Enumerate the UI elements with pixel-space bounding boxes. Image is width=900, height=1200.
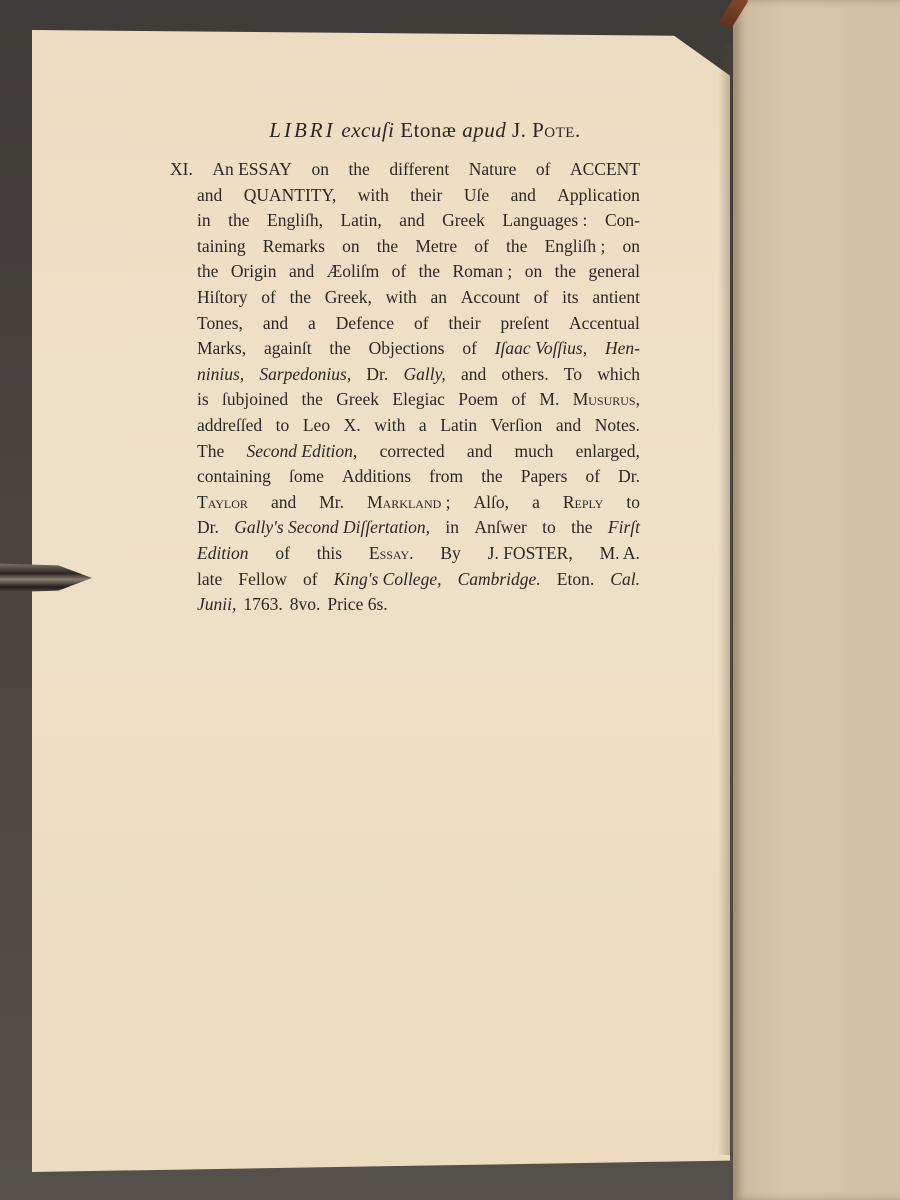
word: others. [501, 362, 548, 388]
word: Sarpedonius, [259, 362, 351, 388]
word: on [311, 157, 329, 183]
entry-line: Marks, againſt the Objections of Iſaac V… [197, 336, 640, 362]
word: a [419, 413, 427, 439]
entry-line: Dr. Gally's Second Diſſertation, in Anſw… [197, 515, 640, 541]
word: Gally, [403, 362, 445, 388]
entry-line: and QUANTITY, with their Uſe and Applica… [197, 183, 640, 209]
word: Musurus, [573, 387, 640, 413]
word: Defence [336, 311, 394, 337]
word: Cambridge. [458, 567, 541, 593]
word: Dr. [366, 362, 388, 388]
entry-line: Junii, 1763. 8vo. Price 6s. [197, 592, 640, 618]
word: Engliſh ; [545, 234, 606, 260]
word: Leo [303, 413, 330, 439]
heading-etonae: Etonæ [400, 118, 456, 142]
entry-line: XI. An ESSAY on the different Nature of … [170, 157, 640, 183]
word: Essay. [369, 541, 414, 567]
word: Markland ; [367, 490, 450, 516]
entry-line: addreſſed to Leo X. with a Latin Verſion… [197, 413, 640, 439]
word: and [197, 183, 222, 209]
entry-line: in the Engliſh, Latin, and Greek Languag… [197, 208, 640, 234]
word: Additions [342, 464, 411, 490]
word: Greek [336, 387, 379, 413]
entry-line: Taylor and Mr. Markland ; Alſo, a Reply … [197, 490, 640, 516]
word: of [536, 157, 551, 183]
page-gutter-shadow [718, 45, 732, 1155]
word: of [414, 311, 429, 337]
heading-libri: LIBRI [269, 118, 335, 142]
word: ſome [289, 464, 324, 490]
word: on [525, 259, 543, 285]
word: Accentual [569, 311, 640, 337]
word: King's College, [334, 567, 442, 593]
word: the [197, 259, 218, 285]
word: much [514, 439, 553, 465]
word: this [317, 541, 342, 567]
word: Hen- [605, 336, 640, 362]
word: Marks, [197, 336, 246, 362]
word: Greek [442, 208, 485, 234]
word: Application [557, 183, 640, 209]
word: To [564, 362, 582, 388]
word: of [462, 336, 477, 362]
word: Latin [440, 413, 477, 439]
word: of [303, 567, 318, 593]
word: M. [539, 387, 559, 413]
word: 1763. [243, 592, 282, 618]
word: with [374, 413, 405, 439]
word: of [392, 259, 407, 285]
word: and [289, 259, 314, 285]
word: the [555, 259, 576, 285]
word: Origin [231, 259, 277, 285]
word: a [532, 490, 540, 516]
word: Notes. [595, 413, 640, 439]
word: Æoliſm [327, 259, 380, 285]
word: its [562, 285, 579, 311]
word: taining [197, 234, 246, 260]
word: and [556, 413, 581, 439]
word: Mr. [319, 490, 344, 516]
word: the [377, 234, 398, 260]
word: antient [592, 285, 640, 311]
word: in [445, 515, 459, 541]
word: and [467, 439, 492, 465]
word: the [348, 157, 369, 183]
word: corrected [380, 439, 445, 465]
entry-number: XI. [170, 157, 193, 183]
word: of [275, 541, 290, 567]
word: of [261, 285, 276, 311]
word: the [506, 234, 527, 260]
word: with [358, 183, 389, 209]
entry-line: ninius, Sarpedonius, Dr. Gally, and othe… [197, 362, 640, 388]
word: Dr. [197, 515, 219, 541]
word: addreſſed [197, 413, 262, 439]
word: to [542, 515, 556, 541]
word: X. [344, 413, 361, 439]
word: from [429, 464, 463, 490]
word: the [571, 515, 592, 541]
word: Nature [469, 157, 517, 183]
word: Second Edition, [246, 439, 357, 465]
word: J. FOSTER, [488, 541, 573, 567]
word: which [597, 362, 640, 388]
word: QUANTITY, [244, 183, 337, 209]
word: Gally's Second Diſſertation, [234, 515, 430, 541]
word: M. A. [600, 541, 640, 567]
word: Engliſh, [267, 208, 323, 234]
word: Anſwer [474, 515, 526, 541]
word: Cal. [610, 567, 640, 593]
word: By [440, 541, 460, 567]
word: Languages : [502, 208, 587, 234]
word: containing [197, 464, 271, 490]
word: Hiſtory [197, 285, 248, 311]
advertisement-text: LIBRI excuſi Etonæ apud J. Pote. XI. An … [170, 118, 640, 618]
word: Eton. [557, 567, 594, 593]
word: general [588, 259, 640, 285]
word: their [410, 183, 442, 209]
word: Firſt [608, 515, 640, 541]
entry-line: Edition of this Essay. By J. FOSTER, M. … [197, 541, 640, 567]
word: ACCENT [570, 157, 640, 183]
entry-line: is ſubjoined the Greek Elegiac Poem of M… [197, 387, 640, 413]
entry-line: The Second Edition, corrected and much e… [197, 439, 640, 465]
heading-excusi: excuſi [341, 118, 394, 142]
word: of [474, 234, 489, 260]
word: Remarks [263, 234, 325, 260]
word: preſent [500, 311, 549, 337]
word: Con- [605, 208, 640, 234]
word: Objections [369, 336, 445, 362]
word: Taylor [197, 490, 248, 516]
word: of [511, 387, 526, 413]
word: and [399, 208, 424, 234]
word: 8vo. [290, 592, 321, 618]
word: Latin, [340, 208, 381, 234]
word: the [302, 387, 323, 413]
heading-apud: apud [462, 118, 506, 142]
word: Fellow [238, 567, 287, 593]
word: Iſaac Voſſius, [495, 336, 587, 362]
word: of [585, 464, 600, 490]
word: againſt [264, 336, 312, 362]
entry-xi: XI. An ESSAY on the different Nature of … [170, 157, 640, 618]
word: an [430, 285, 447, 311]
word: Account [461, 285, 520, 311]
word: in [197, 208, 211, 234]
word: Verſion [491, 413, 543, 439]
page-heading: LIBRI excuſi Etonæ apud J. Pote. [210, 118, 640, 143]
word: their [448, 311, 480, 337]
word: Dr. [618, 464, 640, 490]
word: Tones, [197, 311, 243, 337]
word: and [461, 362, 486, 388]
word: and [271, 490, 296, 516]
facing-page [733, 0, 900, 1200]
entry-line: Hiſtory of the Greek, with an Account of… [197, 285, 640, 311]
word: Elegiac [392, 387, 444, 413]
word: Uſe [464, 183, 489, 209]
entry-line: containing ſome Additions from the Paper… [197, 464, 640, 490]
entry-line: taining Remarks on the Metre of the Engl… [197, 234, 640, 260]
word: different [389, 157, 449, 183]
word: the [419, 259, 440, 285]
word: Roman ; [452, 259, 512, 285]
word: Junii, [197, 592, 236, 618]
word: with [386, 285, 417, 311]
word: on [623, 234, 641, 260]
word: Greek, [325, 285, 372, 311]
word: on [342, 234, 360, 260]
word: ſubjoined [222, 387, 288, 413]
heading-pote: J. Pote. [512, 118, 581, 142]
word: enlarged, [576, 439, 640, 465]
word: Metre [415, 234, 457, 260]
word: late [197, 567, 222, 593]
word: the [228, 208, 249, 234]
entry-line: the Origin and Æoliſm of the Roman ; on … [197, 259, 640, 285]
word: a [308, 311, 316, 337]
word: and [263, 311, 288, 337]
word: Alſo, [474, 490, 510, 516]
word: ninius, [197, 362, 244, 388]
word: the [290, 285, 311, 311]
word: Papers [521, 464, 568, 490]
entry-line: late Fellow of King's College, Cambridge… [197, 567, 640, 593]
word: of [534, 285, 549, 311]
word: An ESSAY [212, 157, 292, 183]
word: Price 6s. [327, 592, 387, 618]
word: the [481, 464, 502, 490]
entry-line: Tones, and a Defence of their preſent Ac… [197, 311, 640, 337]
word: Poem [458, 387, 498, 413]
word: is [197, 387, 209, 413]
word: the [329, 336, 350, 362]
word: The [197, 439, 224, 465]
word: Edition [197, 541, 249, 567]
word: and [511, 183, 536, 209]
word: Reply [563, 490, 603, 516]
word: to [276, 413, 290, 439]
word: to [626, 490, 640, 516]
